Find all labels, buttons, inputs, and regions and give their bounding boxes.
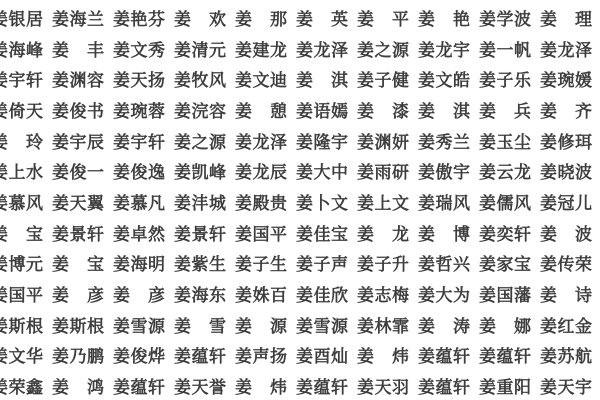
- name-item: 姜倚天: [0, 94, 52, 125]
- name-item: 姜文秀: [113, 33, 174, 64]
- name-item: 姜海东: [174, 278, 235, 309]
- name-item: 姜海峰: [0, 33, 52, 64]
- name-item: 姜蕴轩: [174, 340, 235, 371]
- name-item: 姜修珥: [540, 125, 600, 156]
- name-item: 姜 彦: [113, 278, 174, 309]
- name-item: 姜一帆: [479, 33, 540, 64]
- name-item: 姜慕凡: [113, 186, 174, 217]
- name-item: 姜雪源: [113, 309, 174, 340]
- name-item: 姜渊妍: [357, 125, 418, 156]
- name-item: 姜俊逸: [113, 155, 174, 186]
- name-item: 姜 宝: [52, 248, 113, 279]
- name-item: 姜蕴轩: [113, 370, 174, 400]
- name-item: 姜 兵: [479, 94, 540, 125]
- name-item: 姜子乐: [479, 63, 540, 94]
- name-item: 姜建龙: [235, 33, 296, 64]
- name-item: 姜 涛: [418, 309, 479, 340]
- name-item: 姜上文: [357, 186, 418, 217]
- name-item: 姜学波: [479, 2, 540, 33]
- name-item: 姜宇辰: [52, 125, 113, 156]
- name-item: 姜龙泽: [296, 33, 357, 64]
- name-item: 姜 齐: [540, 94, 600, 125]
- name-item: 姜海兰: [52, 2, 113, 33]
- name-item: 姜雨研: [357, 155, 418, 186]
- name-item: 姜清元: [174, 33, 235, 64]
- name-item: 姜隆宇: [296, 125, 357, 156]
- name-item: 姜 理: [540, 2, 600, 33]
- name-item: 姜斯根: [52, 309, 113, 340]
- name-item: 姜牧风: [174, 63, 235, 94]
- name-item: 姜子声: [296, 248, 357, 279]
- name-item: 姜傲宇: [418, 155, 479, 186]
- name-item: 姜之源: [174, 125, 235, 156]
- name-item: 姜紫生: [174, 248, 235, 279]
- name-item: 姜宇轩: [113, 125, 174, 156]
- name-item: 姜荣鑫: [0, 370, 52, 400]
- name-item: 姜宇轩: [0, 63, 52, 94]
- name-item: 姜哲兴: [418, 248, 479, 279]
- name-item: 姜语嫣: [296, 94, 357, 125]
- name-item: 姜浣容: [174, 94, 235, 125]
- name-item: 姜酉灿: [296, 340, 357, 371]
- name-item: 姜秀兰: [418, 125, 479, 156]
- name-item: 姜海明: [113, 248, 174, 279]
- name-item: 姜银居: [0, 2, 52, 33]
- name-item: 姜传荣: [540, 248, 600, 279]
- name-item: 姜渊容: [52, 63, 113, 94]
- name-item: 姜龙宇: [418, 33, 479, 64]
- name-item: 姜景轩: [52, 217, 113, 248]
- name-item: 姜 源: [235, 309, 296, 340]
- name-item: 姜 娜: [479, 309, 540, 340]
- name-item: 姜雪源: [296, 309, 357, 340]
- name-item: 姜龙泽: [235, 125, 296, 156]
- name-item: 姜志梅: [357, 278, 418, 309]
- name-item: 姜殿贵: [235, 186, 296, 217]
- name-item: 姜卓然: [113, 217, 174, 248]
- name-item: 姜 炜: [357, 340, 418, 371]
- name-item: 姜子生: [235, 248, 296, 279]
- name-item: 姜佳欣: [296, 278, 357, 309]
- name-item: 姜文迪: [235, 63, 296, 94]
- name-item: 姜蕴轩: [479, 340, 540, 371]
- name-item: 姜 玲: [0, 125, 52, 156]
- name-item: 姜冠儿: [540, 186, 600, 217]
- name-item: 姜天誉: [174, 370, 235, 400]
- name-item: 姜子健: [357, 63, 418, 94]
- name-item: 姜文华: [0, 340, 52, 371]
- name-item: 姜林霏: [357, 309, 418, 340]
- name-item: 姜家宝: [479, 248, 540, 279]
- name-item: 姜玉尘: [479, 125, 540, 156]
- name-item: 姜凯峰: [174, 155, 235, 186]
- name-item: 姜 鸿: [52, 370, 113, 400]
- name-item: 姜姝百: [235, 278, 296, 309]
- name-item: 姜琬媛: [540, 63, 600, 94]
- name-item: 姜晓波: [540, 155, 600, 186]
- name-item: 姜上水: [0, 155, 52, 186]
- name-item: 姜龙泽: [540, 33, 600, 64]
- name-item: 姜之源: [357, 33, 418, 64]
- name-item: 姜景轩: [174, 217, 235, 248]
- name-item: 姜 憩: [235, 94, 296, 125]
- name-item: 姜卜文: [296, 186, 357, 217]
- name-item: 姜佳宝: [296, 217, 357, 248]
- name-item: 姜俊烨: [113, 340, 174, 371]
- name-item: 姜俊书: [52, 94, 113, 125]
- name-item: 姜俊一: [52, 155, 113, 186]
- name-item: 姜 欢: [174, 2, 235, 33]
- name-item: 姜蕴轩: [418, 340, 479, 371]
- name-item: 姜瑞风: [418, 186, 479, 217]
- name-item: 姜 丰: [52, 33, 113, 64]
- name-item: 姜 英: [296, 2, 357, 33]
- name-item: 姜 彦: [52, 278, 113, 309]
- name-item: 姜 平: [357, 2, 418, 33]
- name-item: 姜艳芬: [113, 2, 174, 33]
- name-item: 姜 淇: [418, 94, 479, 125]
- name-item: 姜苏航: [540, 340, 600, 371]
- name-item: 姜 艳: [418, 2, 479, 33]
- name-item: 姜国平: [235, 217, 296, 248]
- name-grid: 姜银居姜海兰姜艳芬姜 欢姜 那姜 英姜 平姜 艳姜学波姜 理姜海峰姜 丰姜文秀姜…: [0, 2, 600, 400]
- name-item: 姜慕风: [0, 186, 52, 217]
- name-item: 姜声扬: [235, 340, 296, 371]
- name-item: 姜 雪: [174, 309, 235, 340]
- name-item: 姜儒风: [479, 186, 540, 217]
- name-item: 姜大中: [296, 155, 357, 186]
- name-item: 姜 波: [540, 217, 600, 248]
- name-item: 姜子升: [357, 248, 418, 279]
- name-item: 姜云龙: [479, 155, 540, 186]
- name-item: 姜天扬: [113, 63, 174, 94]
- name-item: 姜 淇: [296, 63, 357, 94]
- name-item: 姜龙辰: [235, 155, 296, 186]
- name-item: 姜 博: [418, 217, 479, 248]
- name-item: 姜斯根: [0, 309, 52, 340]
- name-item: 姜 宝: [0, 217, 52, 248]
- name-item: 姜博元: [0, 248, 52, 279]
- name-item: 姜天羽: [357, 370, 418, 400]
- name-item: 姜国藩: [479, 278, 540, 309]
- name-item: 姜 漆: [357, 94, 418, 125]
- name-item: 姜 那: [235, 2, 296, 33]
- name-item: 姜 炜: [235, 370, 296, 400]
- name-item: 姜天翼: [52, 186, 113, 217]
- name-item: 姜奕轩: [479, 217, 540, 248]
- name-item: 姜重阳: [479, 370, 540, 400]
- name-item: 姜 龙: [357, 217, 418, 248]
- name-item: 姜 诗: [540, 278, 600, 309]
- name-item: 姜乃鹏: [52, 340, 113, 371]
- name-item: 姜蕴轩: [418, 370, 479, 400]
- name-item: 姜琬蓉: [113, 94, 174, 125]
- name-item: 姜沣城: [174, 186, 235, 217]
- name-item: 姜大为: [418, 278, 479, 309]
- name-item: 姜红金: [540, 309, 600, 340]
- name-item: 姜文皓: [418, 63, 479, 94]
- name-item: 姜国平: [0, 278, 52, 309]
- name-item: 姜天宇: [540, 370, 600, 400]
- name-item: 姜蕴轩: [296, 370, 357, 400]
